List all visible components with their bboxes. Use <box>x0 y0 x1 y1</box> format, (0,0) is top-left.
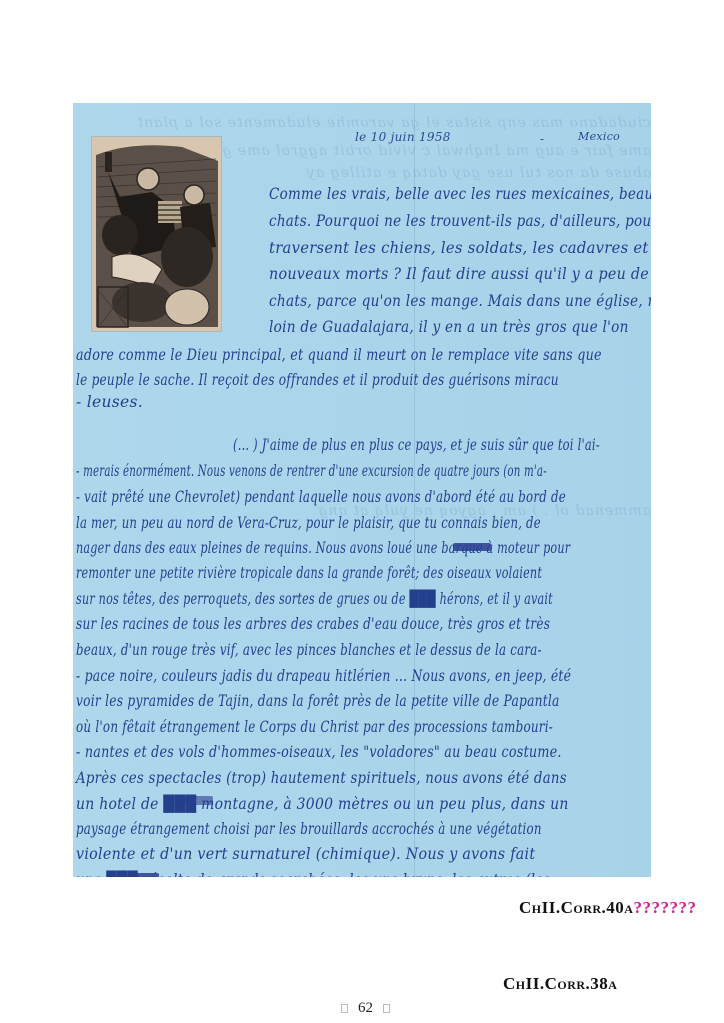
letter-line: Comme les vrais, belle avec les rues mex… <box>269 185 651 203</box>
ink-strikeout <box>453 543 491 551</box>
missing-glyph-box-icon <box>383 1004 390 1013</box>
letter-line: - merais énormément. Nous venons de rent… <box>76 462 547 480</box>
letter-line: - pace noire, couleurs jadis du drapeau … <box>76 667 571 685</box>
letter-line: le peuple le sache. Il reçoit des offran… <box>76 371 559 389</box>
page-footer: 62 <box>341 1000 390 1017</box>
letter-date: le 10 juin 1958 <box>355 130 451 144</box>
letter-line: chats, parce qu'on les mange. Mais dans … <box>269 292 651 310</box>
letter-line: Après ces spectacles (trop) hautement sp… <box>76 769 567 787</box>
letter-line: - vait prêté une Chevrolet) pendant laqu… <box>76 488 566 506</box>
letter-line: chats. Pourquoi ne les trouvent-ils pas,… <box>269 212 651 230</box>
handwritten-letter: ciudadano mas enp sistas el ga varomhe e… <box>73 103 651 877</box>
letter-line: beaux, d'un rouge très vif, avec les pin… <box>76 641 542 659</box>
letter-line: la mer, un peu au nord de Vera-Cruz, pou… <box>76 514 541 532</box>
ink-strikeout <box>133 873 159 877</box>
letter-line: paysage étrangement choisi par les broui… <box>76 820 542 838</box>
letter-line: nager dans des eaux pleines de requins. … <box>76 539 570 557</box>
reference-code: ChII.Corr.40a <box>519 898 633 917</box>
engraving-illustration <box>92 137 221 331</box>
letter-line: (... ) J'aime de plus en plus ce pays, e… <box>233 436 600 454</box>
letter-place: Mexico <box>578 130 620 143</box>
letter-line: sur nos têtes, des perroquets, des sorte… <box>76 590 553 608</box>
letter-line: où l'on fêtait étrangement le Corps du C… <box>76 718 553 736</box>
missing-glyphs: ??????? <box>633 898 696 917</box>
letter-line: - leuses. <box>76 393 143 411</box>
missing-glyph-box-icon <box>341 1004 348 1013</box>
letter-line: sur les racines de tous les arbres des c… <box>76 615 550 633</box>
archive-reference-2: ChII.Corr.38a <box>503 974 617 994</box>
letter-line: adore comme le Dieu principal, et quand … <box>76 346 602 364</box>
page-number: 62 <box>358 1000 373 1017</box>
letter-line: un hotel de ███ montagne, à 3000 mètres … <box>76 795 569 813</box>
letter-line: violente et d'un vert surnaturel (chimiq… <box>76 845 535 863</box>
letter-line: nouveaux morts ? Il faut dire aussi qu'i… <box>269 265 649 283</box>
letter-line: - nantes et des vols d'hommes-oiseaux, l… <box>76 743 562 761</box>
bleed-through-text: ciudadano mas enp sistas el ga varomhe e… <box>73 115 651 131</box>
archive-reference-1: ChII.Corr.40a??????? <box>519 898 696 918</box>
letter-line: traversent les chiens, les soldats, les … <box>269 239 651 257</box>
letter-line: remonter une petite rivière tropicale da… <box>76 564 542 582</box>
letter-line: voir les pyramides de Tajin, dans la for… <box>76 692 560 710</box>
header-dash: - <box>540 132 544 146</box>
newspaper-clipping-engraving <box>92 137 221 331</box>
ink-strikeout <box>185 796 213 805</box>
letter-line: loin de Guadalajara, il y en a un très g… <box>269 318 629 336</box>
